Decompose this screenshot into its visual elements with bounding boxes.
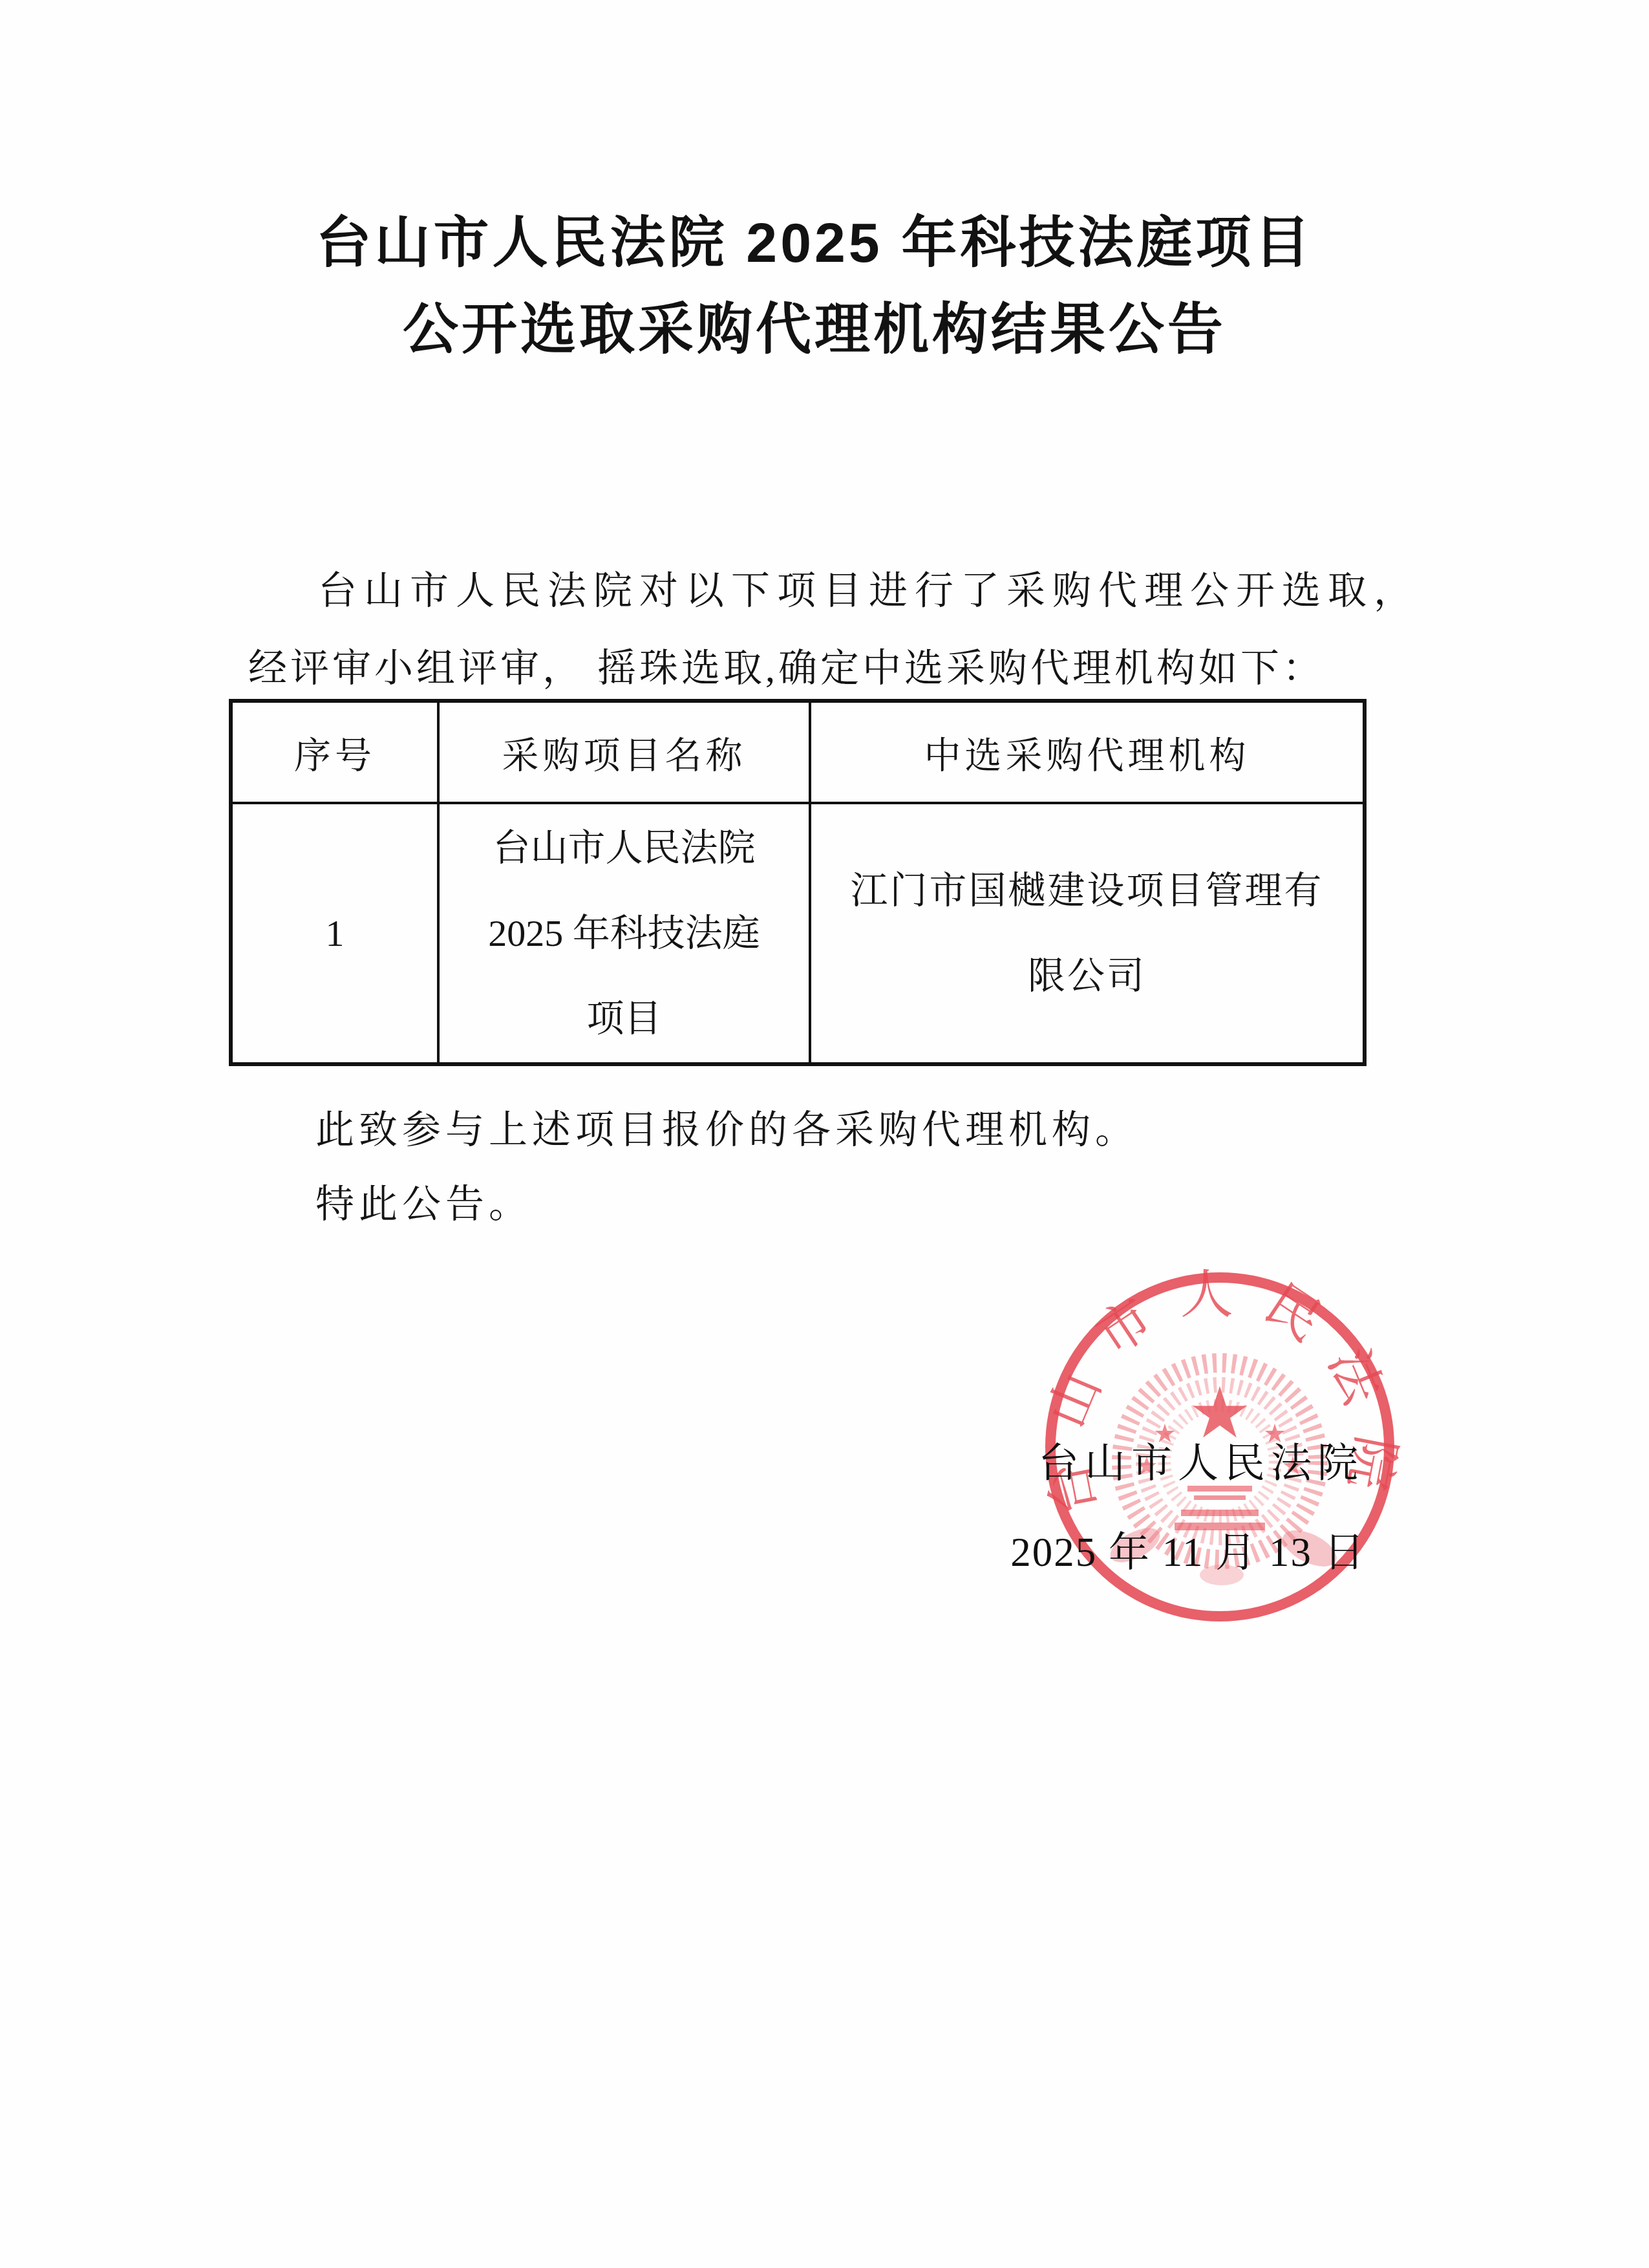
agency-name-line1: 江门市国樾建设项目管理有 — [811, 848, 1363, 934]
agency-name-line2: 限公司 — [811, 934, 1363, 1019]
closing-line1: 此致参与上述项目报价的各采购代理机构。 — [315, 1099, 1138, 1155]
header-cell-project: 采购项目名称 — [438, 701, 810, 803]
result-table: 序号 采购项目名称 中选采购代理机构 1 台山市人民法院 2025 年科技法庭 … — [229, 699, 1367, 1066]
project-name-line1: 台山市人民法院 — [440, 806, 809, 891]
project-name-line3: 项目 — [440, 976, 809, 1062]
header-cell-agency: 中选采购代理机构 — [810, 701, 1365, 803]
signature-date: 2025 年 11 月 13 日 — [980, 1519, 1396, 1578]
document-page: 台山市人民法院 2025 年科技法庭项目 公开选取采购代理机构结果公告 台山市人… — [0, 0, 1649, 2268]
document-title-line1: 台山市人民法院 2025 年科技法庭项目 — [0, 198, 1629, 278]
table-row: 1 台山市人民法院 2025 年科技法庭 项目 江门市国樾建设项目管理有 限公司 — [231, 803, 1365, 1064]
table-header-row: 序号 采购项目名称 中选采购代理机构 — [231, 701, 1365, 803]
cell-agency-name: 江门市国樾建设项目管理有 限公司 — [810, 803, 1365, 1064]
cell-project-name: 台山市人民法院 2025 年科技法庭 项目 — [438, 803, 810, 1064]
closing-line2: 特此公告。 — [315, 1173, 532, 1229]
intro-paragraph-line1: 台山市人民法院对以下项目进行了采购代理公开选取， — [318, 560, 1420, 615]
header-cell-no: 序号 — [231, 701, 438, 803]
intro-paragraph-line2: 经评审小组评审， 摇珠选取,确定中选采购代理机构如下： — [248, 637, 1325, 693]
cell-row-number: 1 — [231, 803, 438, 1064]
signature-organization: 台山市人民法院 — [1006, 1430, 1396, 1489]
project-name-line2: 2025 年科技法庭 — [440, 891, 809, 976]
document-title-line2: 公开选取采购代理机构结果公告 — [0, 284, 1629, 365]
